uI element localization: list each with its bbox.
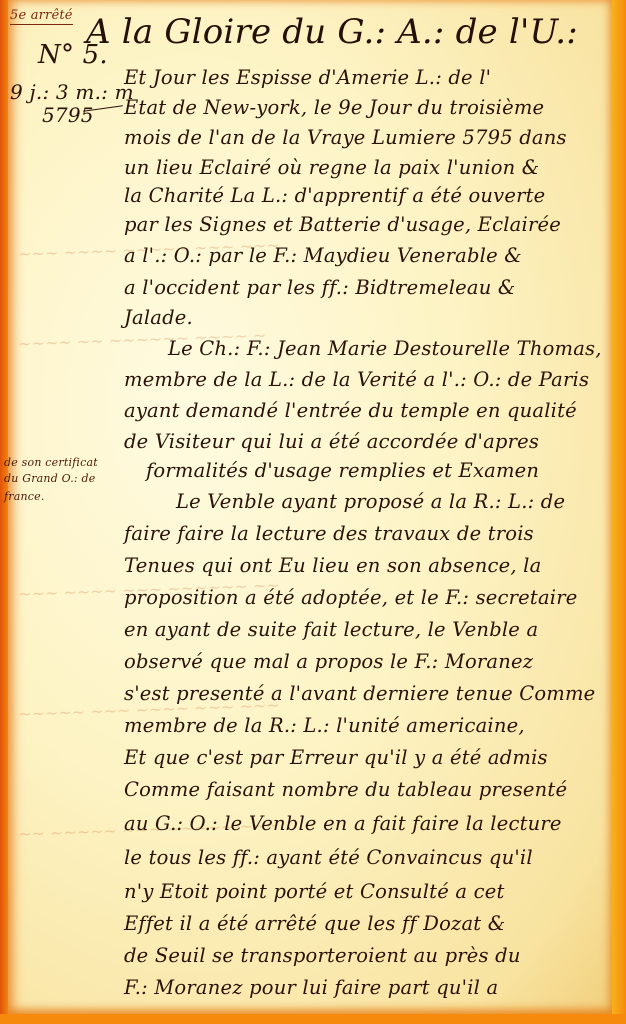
- body-line: membre de la L.: de la Verité a l'.: O.:…: [124, 368, 589, 391]
- body-line: Effet il a été arrêté que les ff Dozat &: [124, 912, 505, 935]
- body-line: au G.: O.: le Venble en a fait faire la …: [124, 812, 562, 835]
- body-line: Etat de New-york, le 9e Jour du troisièm…: [124, 96, 544, 119]
- body-line: F.: Moranez pour lui faire part qu'il a: [124, 976, 498, 999]
- body-line: par les Signes et Batterie d'usage, Ecla…: [124, 213, 561, 236]
- body-line: de Seuil se transporteroient au près du: [124, 944, 521, 967]
- body-line: mois de l'an de la Vraye Lumiere 5795 da…: [124, 126, 567, 149]
- body-line: Et Jour les Espisse d'Amerie L.: de l': [124, 66, 491, 89]
- body-line: proposition a été adoptée, et le F.: sec…: [124, 586, 577, 609]
- body-line: Et que c'est par Erreur qu'il y a été ad…: [124, 746, 548, 769]
- body-line: a l'.: O.: par le F.: Maydieu Venerable …: [124, 244, 522, 267]
- manuscript-page: ~~~ ~~~~ ~~~~~ ~~~ ~~~ ~~~~ ~~ ~~~~~~ ~~…: [8, 0, 612, 1014]
- body-line: n'y Etoit point porté et Consulté a cet: [124, 880, 504, 903]
- page-heading: A la Gloire du G.: A.: de l'U.:: [86, 12, 578, 52]
- body-line: un lieu Eclairé où regne la paix l'union…: [124, 156, 539, 179]
- body-line: Le Ch.: F.: Jean Marie Destourelle Thoma…: [168, 337, 602, 360]
- body-line: Le Venble ayant proposé a la R.: L.: de: [176, 490, 565, 513]
- margin-certificate-note-2: du Grand O.: de: [4, 472, 95, 485]
- body-line: en ayant de suite fait lecture, le Venbl…: [124, 618, 538, 641]
- body-line: le tous les ff.: ayant été Convaincus qu…: [124, 846, 533, 869]
- body-line: formalités d'usage remplies et Examen: [146, 459, 539, 482]
- body-line: Jalade.: [124, 306, 193, 329]
- body-line: Tenues qui ont Eu lieu en son absence, l…: [124, 554, 541, 577]
- page-edge-right: [612, 0, 626, 1024]
- margin-certificate-note-3: france.: [4, 490, 45, 503]
- body-line: ayant demandé l'entrée du temple en qual…: [124, 399, 577, 422]
- body-line: observé que mal a propos le F.: Moranez: [124, 650, 533, 673]
- body-line: la Charité La L.: d'apprentif a été ouve…: [124, 184, 545, 207]
- body-line: faire faire la lecture des travaux de tr…: [124, 522, 534, 545]
- body-line: de Visiteur qui lui a été accordée d'apr…: [124, 430, 539, 453]
- body-line: a l'occident par les ff.: Bidtremeleau &: [124, 276, 515, 299]
- margin-arrete-tag: 5e arrêté: [10, 8, 73, 25]
- margin-date-line-2: 5795: [42, 103, 94, 127]
- margin-date-line-1: 9 j.: 3 m.: m: [10, 80, 134, 104]
- margin-certificate-note-1: de son certificat: [4, 456, 98, 469]
- page-edge-bottom: [0, 1014, 626, 1024]
- body-line: s'est presenté a l'avant derniere tenue …: [124, 682, 595, 705]
- body-line: Comme faisant nombre du tableau presenté: [124, 778, 567, 801]
- body-line: membre de la R.: L.: l'unité americaine,: [124, 714, 525, 737]
